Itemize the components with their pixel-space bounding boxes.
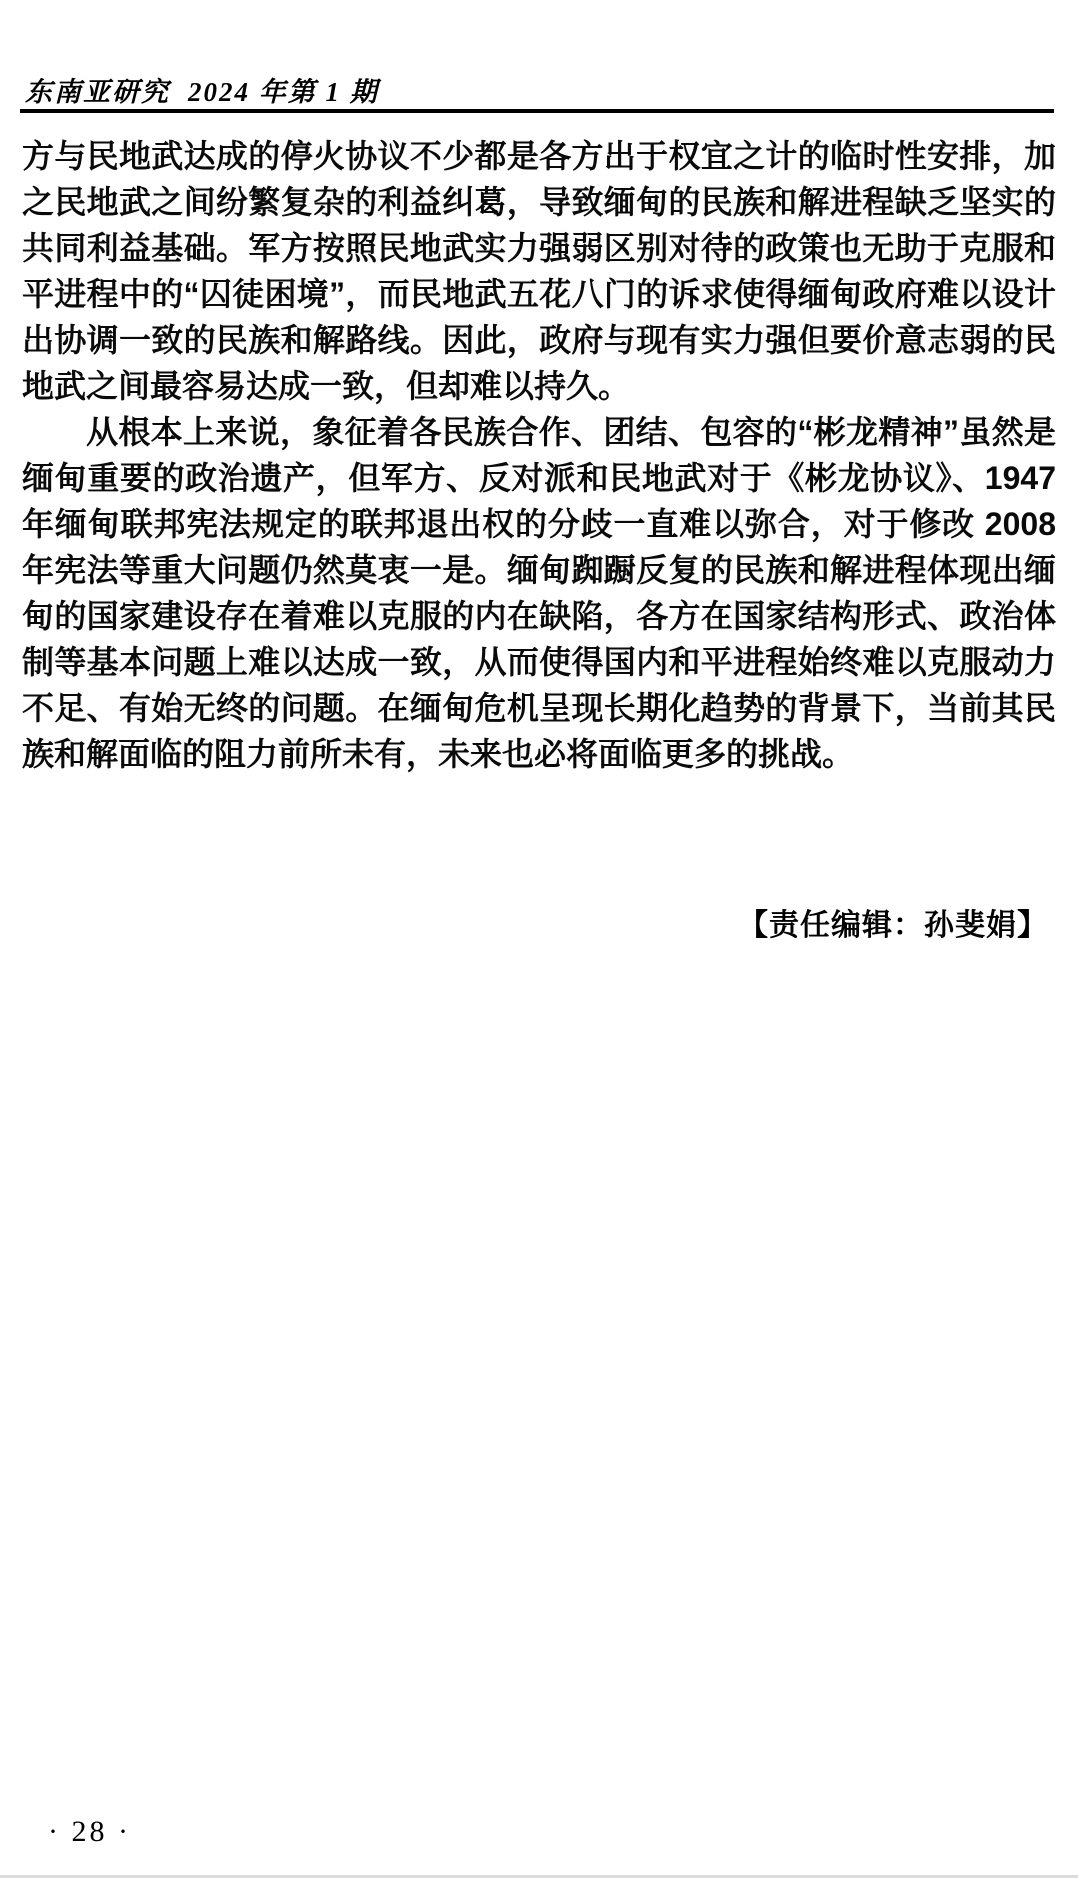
- journal-header: 东南亚研究2024 年第 1 期: [25, 70, 379, 109]
- editor-credit: 【责任编辑：孙斐娟】: [738, 900, 1048, 944]
- paragraph-conclusion: 从根本上来说，象征着各民族合作、团结、包容的“彬龙精神”虽然是缅甸重要的政治遗产…: [22, 409, 1056, 777]
- page-number: · 28 ·: [48, 1815, 131, 1849]
- page-container: 东南亚研究2024 年第 1 期 方与民地武达成的停火协议不少都是各方出于权宜之…: [0, 0, 1078, 1881]
- journal-title: 东南亚研究: [25, 77, 170, 107]
- journal-issue: 2024 年第 1 期: [188, 77, 379, 107]
- article-body: 方与民地武达成的停火协议不少都是各方出于权宜之计的临时性安排，加之民地武之间纷繁…: [22, 133, 1056, 777]
- bottom-rule: [0, 1875, 1078, 1878]
- header-rule: [20, 109, 1054, 113]
- paragraph-continuation: 方与民地武达成的停火协议不少都是各方出于权宜之计的临时性安排，加之民地武之间纷繁…: [22, 133, 1056, 409]
